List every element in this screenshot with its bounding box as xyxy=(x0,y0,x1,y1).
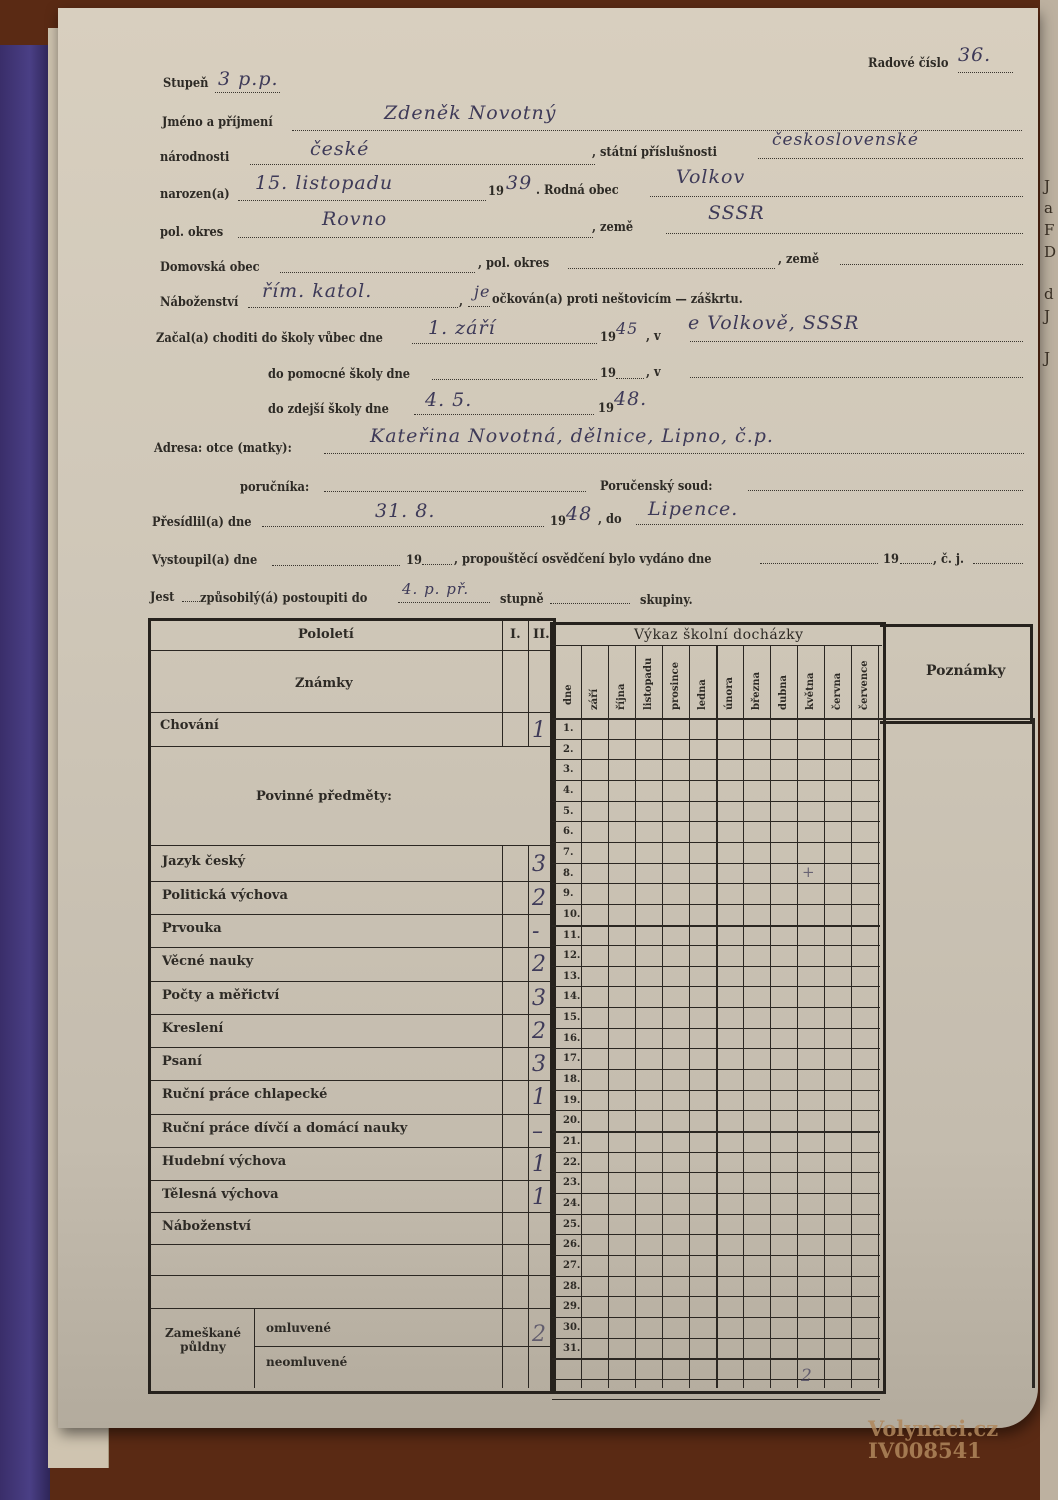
moved-value: 31. 8. xyxy=(375,500,435,522)
month-header: května xyxy=(805,673,816,710)
subject-name: Politická výchova xyxy=(162,888,288,903)
day-number: 14. xyxy=(563,991,580,1002)
day-number: 11. xyxy=(563,930,580,941)
citizenship-value: československé xyxy=(772,130,919,150)
moved-year-prefix: 19 xyxy=(550,514,566,529)
subject-grade-sem2: 3 xyxy=(532,1052,546,1077)
unexcused-label: neomluvené xyxy=(266,1355,347,1369)
cert-year-prefix: 19 xyxy=(883,552,899,567)
day-number: 17. xyxy=(563,1053,580,1064)
certificate-line xyxy=(760,563,878,564)
aux-year-line xyxy=(616,378,644,379)
local-year-value: 48. xyxy=(614,388,647,410)
day-number: 12. xyxy=(563,950,580,961)
day-number: 6. xyxy=(563,826,573,837)
start-year-prefix: 19 xyxy=(600,330,616,345)
aux-place-label: , v xyxy=(646,365,661,380)
subject-grade-sem2: - xyxy=(532,919,539,944)
religion-value: řím. katol. xyxy=(262,280,372,302)
left-year-prefix: 19 xyxy=(406,553,422,568)
country-line xyxy=(666,233,1023,234)
attendance-title: Výkaz školní docházky xyxy=(634,627,804,643)
name-label: Jméno a příjmení xyxy=(162,115,273,130)
cj-label: , č. j. xyxy=(933,552,964,567)
born-label: narozen(a) xyxy=(160,187,230,202)
watermark-id: IV008541 xyxy=(868,1440,998,1462)
country-label: , země xyxy=(592,220,633,235)
day-number: 15. xyxy=(563,1012,580,1023)
guardian-label: poručníka: xyxy=(240,480,309,495)
moved-to-label: , do xyxy=(598,512,622,527)
home-country-line xyxy=(840,264,1023,265)
nationality-line xyxy=(250,164,595,165)
born-value: 15. listopadu xyxy=(255,172,393,194)
moved-label: Přesídlil(a) dne xyxy=(152,515,252,530)
day-number: 21. xyxy=(563,1136,580,1147)
day-number: 31. xyxy=(563,1343,580,1354)
address-value: Kateřina Novotná, dělnice, Lipno, č.p. xyxy=(370,425,774,447)
subject-name: Prvouka xyxy=(162,921,222,936)
day-number: 26. xyxy=(563,1239,580,1250)
nationality-value: české xyxy=(310,138,369,160)
born-year-value: 39 xyxy=(506,172,532,194)
eligible-label: způsobilý(á) postoupiti do xyxy=(200,591,367,606)
day-column-header: dne xyxy=(563,684,574,705)
start-place-line xyxy=(690,341,1023,342)
day-number: 5. xyxy=(563,806,573,817)
born-line xyxy=(238,200,486,201)
sem1-header: I. xyxy=(510,627,521,642)
left-label: Vystoupil(a) dne xyxy=(152,553,257,568)
moved-to-line xyxy=(636,524,1023,525)
month-header: listopadu xyxy=(643,658,654,710)
subject-name: Kreslení xyxy=(162,1021,223,1036)
home-line xyxy=(280,272,475,273)
month-header: června xyxy=(832,673,843,710)
stupen-value: 3 p.p. xyxy=(218,68,279,90)
attendance-total: 2 xyxy=(801,1366,812,1386)
znamky-header: Známky xyxy=(295,676,353,691)
aux-school-label: do pomocné školy dne xyxy=(268,367,410,382)
day-number: 28. xyxy=(563,1281,580,1292)
jest-line xyxy=(182,601,200,602)
grades-frame xyxy=(148,618,556,1394)
district-value: Rovno xyxy=(322,208,387,230)
day-number: 4. xyxy=(563,785,573,796)
notes-header: Poznámky xyxy=(926,663,1005,679)
subject-name: Ruční práce chlapecké xyxy=(162,1087,327,1102)
moved-to-value: Lipence. xyxy=(648,498,738,520)
subject-name: Psaní xyxy=(162,1054,202,1069)
month-header: února xyxy=(724,677,735,710)
certificate-label: , propouštěcí osvědčení bylo vydáno dne xyxy=(454,552,712,567)
aux-place-line xyxy=(690,377,1023,378)
attendance-mark: + xyxy=(802,863,815,881)
behavior-label: Chování xyxy=(160,718,219,733)
pololeti-header: Pololetí xyxy=(298,627,354,642)
subject-grade-sem2: 2 xyxy=(532,952,546,977)
eligible-line xyxy=(398,602,490,603)
serial-line xyxy=(958,72,1013,73)
day-number: 23. xyxy=(563,1177,580,1188)
subject-name: Ruční práce dívčí a domácí nauky xyxy=(162,1121,407,1136)
skupiny-label: skupiny. xyxy=(640,593,693,608)
day-number: 27. xyxy=(563,1260,580,1271)
subject-name: Hudební výchova xyxy=(162,1154,286,1169)
vaccination-prefix: , xyxy=(459,294,463,309)
subject-name: Věcné nauky xyxy=(162,954,253,969)
home-label: Domovská obec xyxy=(160,260,260,275)
day-number: 10. xyxy=(563,909,580,920)
day-number: 20. xyxy=(563,1115,580,1126)
day-number: 13. xyxy=(563,971,580,982)
eligible-value: 4. p. př. xyxy=(402,580,469,598)
serial-value: 36. xyxy=(958,44,991,66)
religion-line xyxy=(248,307,458,308)
court-label: Poručenský soud: xyxy=(600,479,712,494)
day-number: 19. xyxy=(563,1095,580,1106)
start-line xyxy=(412,343,597,344)
excused-sem2-value: 2 xyxy=(532,1322,546,1347)
day-number: 7. xyxy=(563,847,573,858)
moved-year-value: 48 xyxy=(566,503,592,525)
local-school-value: 4. 5. xyxy=(425,389,472,411)
stupen-line xyxy=(215,92,280,93)
stupen-label: Stupeň xyxy=(163,76,208,91)
nationality-label: národnosti xyxy=(160,150,229,165)
citizenship-label: , státní příslušnosti xyxy=(592,145,717,160)
subject-grade-sem2: 3 xyxy=(532,852,546,877)
subject-name: Počty a měřictví xyxy=(162,988,279,1003)
day-number: 8. xyxy=(563,868,573,879)
watermark-site: Volynaci.cz xyxy=(868,1418,998,1440)
subject-grade-sem2: 2 xyxy=(532,886,546,911)
day-number: 1. xyxy=(563,723,573,734)
start-value: 1. září xyxy=(428,317,496,339)
day-number: 29. xyxy=(563,1301,580,1312)
country-value: SSSR xyxy=(708,202,765,224)
district-line xyxy=(238,237,593,238)
guardian-line xyxy=(324,491,586,492)
stupne-label: stupně xyxy=(500,592,544,607)
sem2-header: II. xyxy=(533,627,550,642)
adjacent-page-edge: JaFDdJJ xyxy=(1040,0,1058,1500)
watermark: Volynaci.cz IV008541 xyxy=(868,1418,998,1462)
subject-grade-sem2: 1 xyxy=(532,1085,546,1110)
court-line xyxy=(748,490,1023,491)
left-line xyxy=(272,565,400,566)
cert-year-line xyxy=(900,563,932,564)
month-header: března xyxy=(751,672,762,710)
stupne-line xyxy=(550,603,630,604)
mandatory-subjects-label: Povinné předměty: xyxy=(256,789,392,804)
book-binding xyxy=(0,45,50,1500)
day-number: 22. xyxy=(563,1157,580,1168)
birthplace-label: . Rodná obec xyxy=(536,183,619,198)
subject-name: Jazyk český xyxy=(162,854,245,869)
subject-grade-sem2: 2 xyxy=(532,1019,546,1044)
local-school-label: do zdejší školy dne xyxy=(268,402,389,417)
serial-label: Radové číslo xyxy=(868,56,948,71)
day-number: 25. xyxy=(563,1219,580,1230)
local-year-prefix: 19 xyxy=(598,401,614,416)
address-line xyxy=(324,453,1024,454)
moved-line xyxy=(262,526,544,527)
start-place-label: , v xyxy=(646,329,661,344)
excused-label: omluvené xyxy=(266,1321,331,1335)
vaccination-line xyxy=(468,306,490,307)
birthplace-value: Volkov xyxy=(676,166,745,188)
day-number: 3. xyxy=(563,764,573,775)
month-header: dubna xyxy=(778,675,789,710)
citizenship-line xyxy=(758,158,1023,159)
day-number: 30. xyxy=(563,1322,580,1333)
local-school-line xyxy=(414,414,594,415)
behavior-sem2-grade: 1 xyxy=(532,718,546,743)
subject-grade-sem2: 1 xyxy=(532,1185,546,1210)
month-header: ledna xyxy=(697,679,708,710)
religion-label: Náboženství xyxy=(160,295,238,310)
start-year-value: 45 xyxy=(616,319,638,338)
subject-name: Tělesná výchova xyxy=(162,1187,279,1202)
day-number: 24. xyxy=(563,1198,580,1209)
birthplace-line xyxy=(650,196,1023,197)
subject-grade-sem2: – xyxy=(532,1119,543,1144)
day-number: 9. xyxy=(563,888,573,899)
month-header: prosince xyxy=(670,662,681,710)
subject-name: Náboženství xyxy=(162,1219,251,1234)
home-country-label: , země xyxy=(778,252,819,267)
aux-school-line xyxy=(432,379,597,380)
district-label: pol. okres xyxy=(160,225,223,240)
day-number: 2. xyxy=(563,744,573,755)
start-place-value: e Volkově, SSSR xyxy=(688,312,859,334)
subject-grade-sem2: 1 xyxy=(532,1152,546,1177)
jest-label: Jest xyxy=(150,590,174,605)
name-value: Zdeněk Novotný xyxy=(384,102,557,124)
cj-line xyxy=(973,563,1023,564)
subject-grade-sem2: 3 xyxy=(532,986,546,1011)
home-district-line xyxy=(568,268,775,269)
vaccination-label: očkován(a) proti neštovicím — záškrtu. xyxy=(492,292,743,307)
home-district-label: , pol. okres xyxy=(478,256,549,271)
born-year-prefix: 19 xyxy=(488,184,504,199)
day-number: 16. xyxy=(563,1033,580,1044)
day-number: 18. xyxy=(563,1074,580,1085)
address-label: Adresa: otce (matky): xyxy=(154,441,292,456)
left-year-line xyxy=(422,564,452,565)
month-header: října xyxy=(616,684,627,710)
start-label: Začal(a) choditi do školy vůbec dne xyxy=(156,331,383,346)
month-header: září xyxy=(589,689,600,710)
aux-year-prefix: 19 xyxy=(600,366,616,381)
vaccination-value: je xyxy=(474,282,490,301)
missed-halfdays-label: Zameškané půldny xyxy=(158,1326,248,1354)
month-header: července xyxy=(859,660,870,710)
